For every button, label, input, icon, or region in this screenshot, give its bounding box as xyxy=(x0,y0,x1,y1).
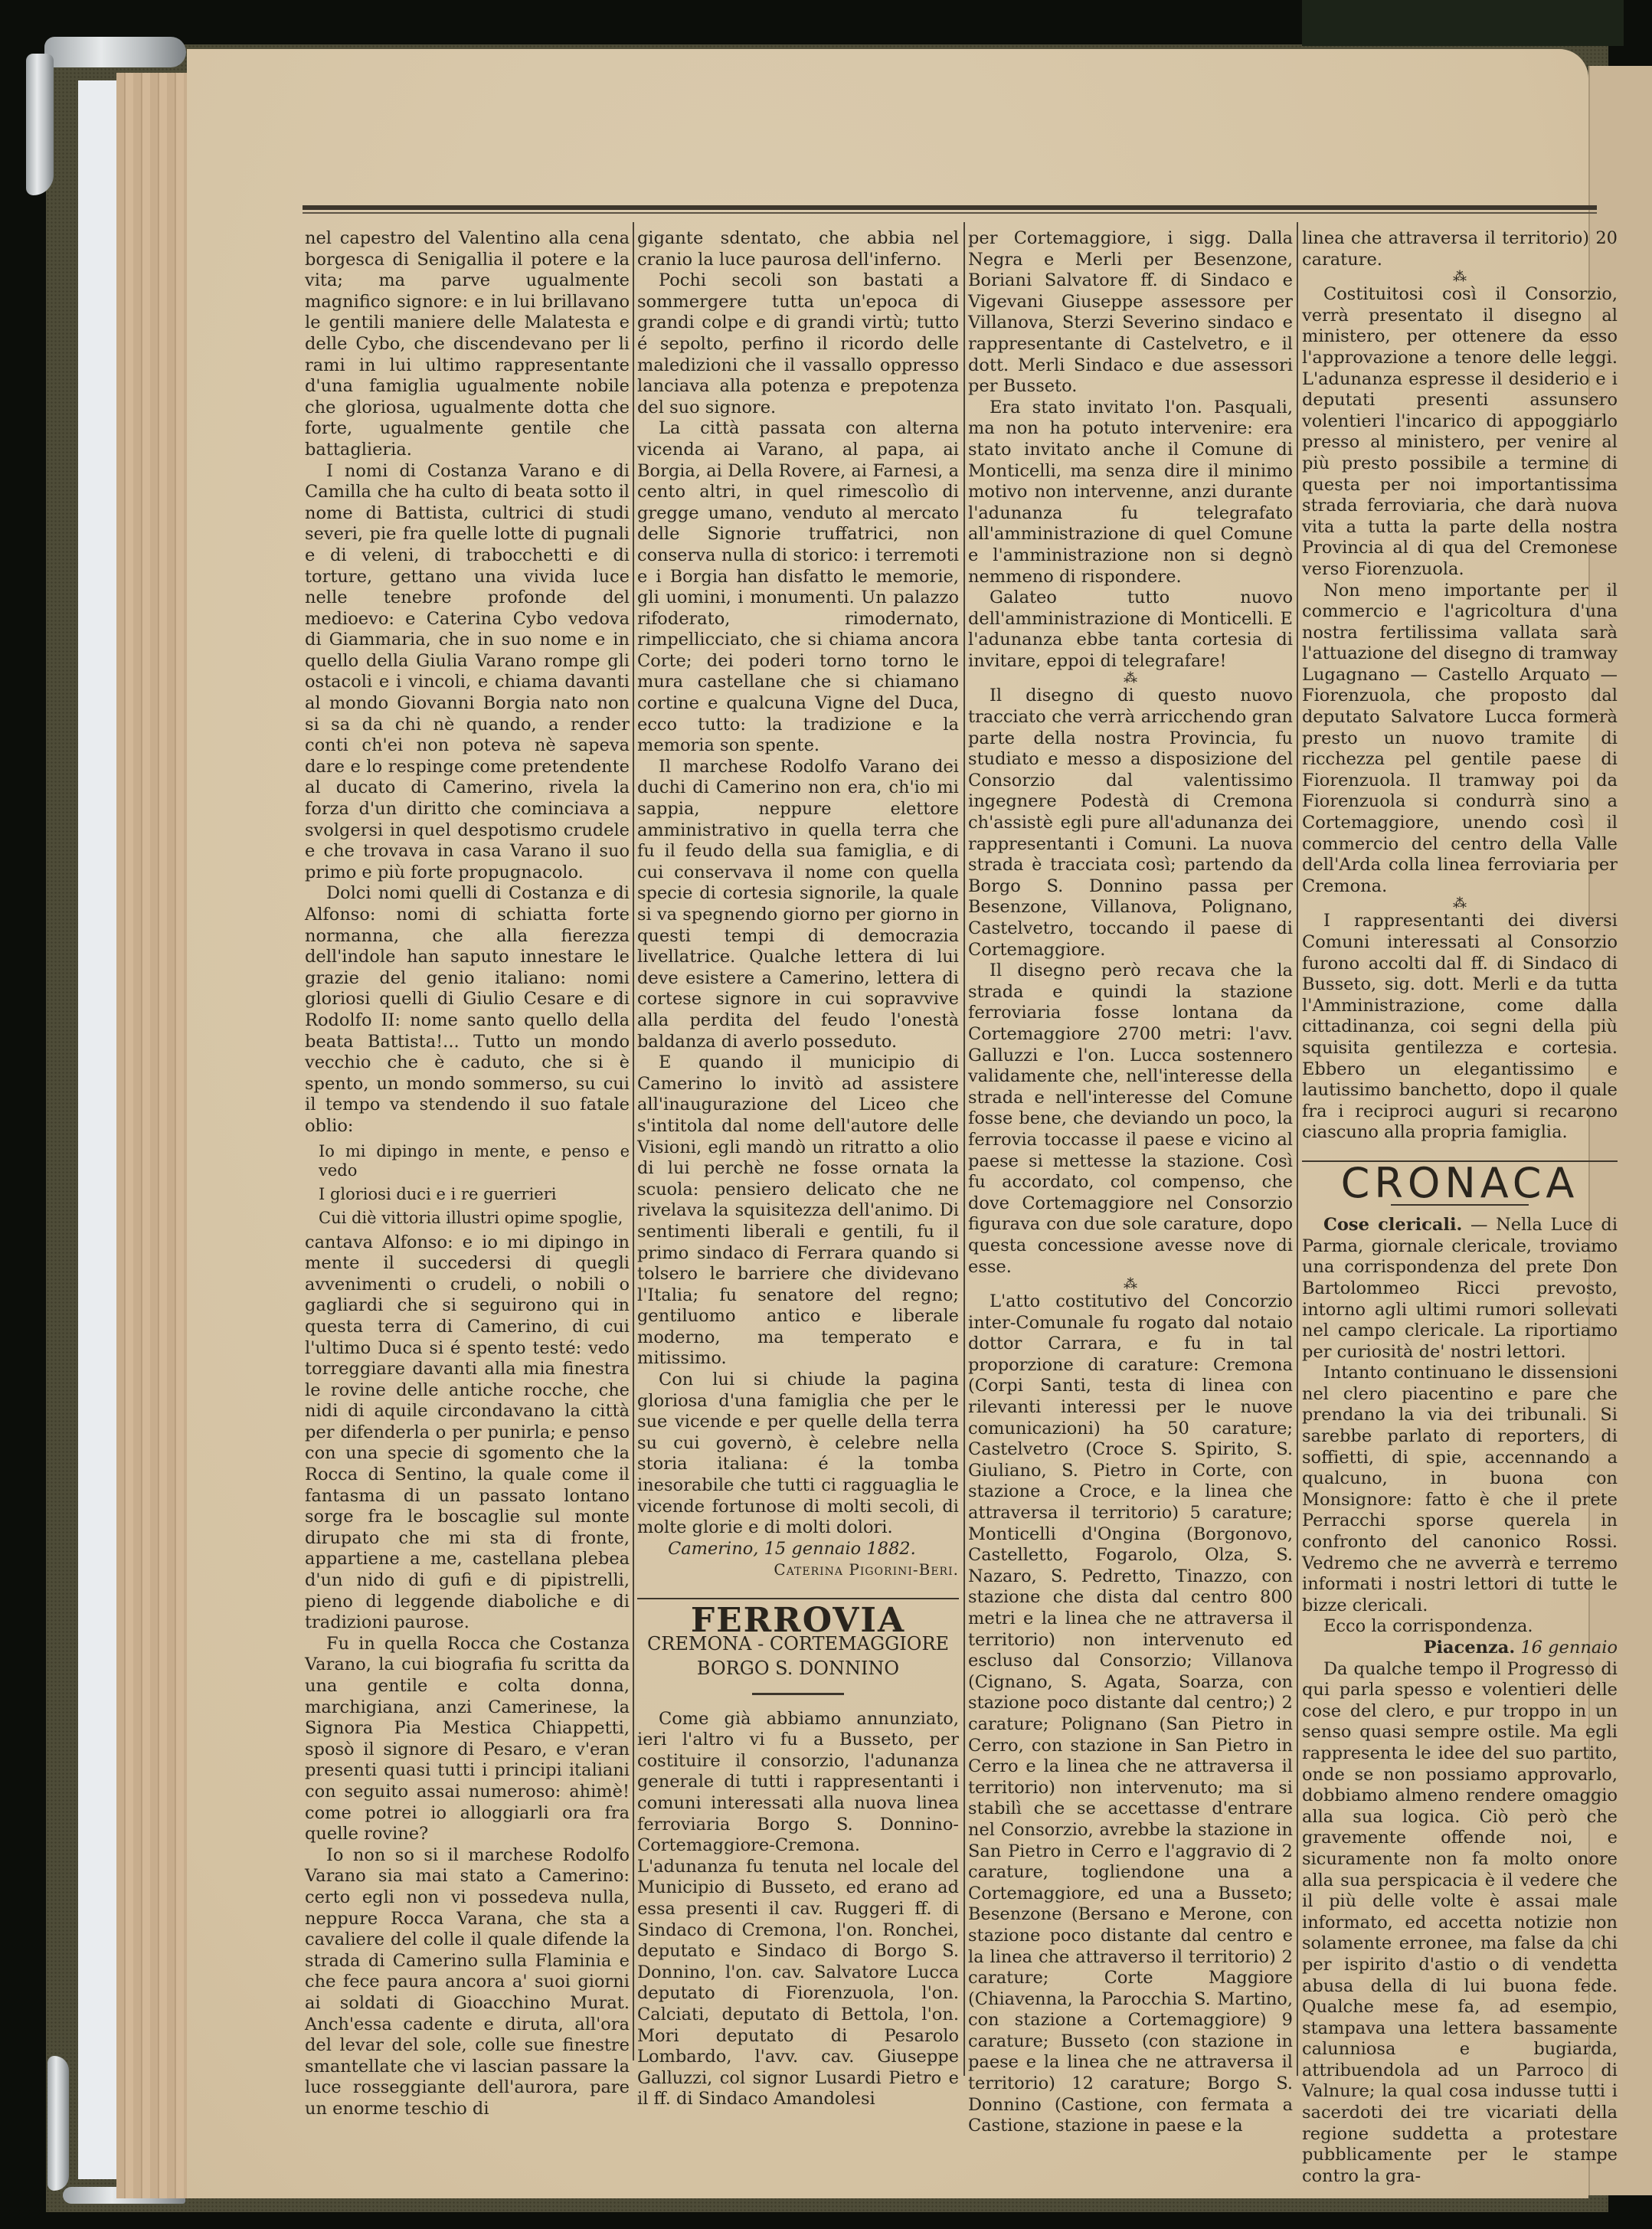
article-paragraph: Era stato invitato l'on. Pasquali, ma no… xyxy=(968,398,1293,588)
asterism-separator: ⁂ xyxy=(968,672,1293,686)
asterism-separator: ⁂ xyxy=(968,1278,1293,1291)
article-paragraph: cantava Alfonso: e io mi dipingo in ment… xyxy=(305,1232,630,1634)
endpaper-strip xyxy=(78,80,118,2179)
column-3: per Cortemaggiore, i sigg. Dalla Negra e… xyxy=(968,228,1293,2137)
article-paragraph: Dolci nomi quelli di Costanza e di Alfon… xyxy=(305,883,630,1137)
article-paragraph: I rappresentanti dei diversi Comuni inte… xyxy=(1302,911,1618,1144)
article-paragraph: Il marchese Rodolfo Varano dei duchi di … xyxy=(637,757,959,1052)
article-paragraph: Fu in quella Rocca che Costanza Varano, … xyxy=(305,1634,630,1845)
section-title-cronaca: CRONACA xyxy=(1302,1173,1618,1194)
metal-corner-protector xyxy=(44,37,186,67)
top-rule xyxy=(303,205,1597,210)
page-edges-stack xyxy=(116,73,190,2198)
article-paragraph: gigante sdentato, che abbia nel cranio l… xyxy=(637,228,959,270)
cronaca-item: Cose clericali. — Nella Luce di Parma, g… xyxy=(1302,1215,1618,1363)
asterism-separator: ⁂ xyxy=(1302,270,1618,284)
article-paragraph: per Cortemaggiore, i sigg. Dalla Negra e… xyxy=(968,228,1293,398)
section-subtitle: CREMONA - CORTEMAGGIORE xyxy=(637,1632,959,1656)
article-paragraph: Intanto continuano le dissensioni nel cl… xyxy=(1302,1363,1618,1616)
verse-line: Cui diè vittoria illustri opime spoglie, xyxy=(319,1209,630,1228)
article-paragraph: I nomi di Costanza Varano e di Camilla c… xyxy=(305,461,630,884)
article-dateline: Camerino, 15 gennaio 1882. xyxy=(637,1539,959,1560)
metal-corner-protector xyxy=(47,2056,69,2191)
article-paragraph: Io non so si il marchese Rodolfo Varano … xyxy=(305,1845,630,2120)
section-divider xyxy=(637,1598,959,1599)
metal-corner-protector xyxy=(26,54,54,195)
top-rule-thin xyxy=(303,212,1597,214)
article-paragraph: Con lui si chiude la pagina gloriosa d'u… xyxy=(637,1370,959,1539)
article-paragraph: Il disegno però recava che la strada e q… xyxy=(968,961,1293,1278)
column-divider xyxy=(963,222,965,2076)
article-paragraph: Come già abbiamo annunziato, ieri l'altr… xyxy=(637,1709,959,2110)
column-divider xyxy=(1297,222,1298,2076)
article-paragraph: Non meno importante per il commercio e l… xyxy=(1302,581,1618,898)
article-paragraph: Il disegno di questo nuovo tracciato che… xyxy=(968,686,1293,961)
verse-line: I gloriosi duci e i re guerrieri xyxy=(319,1185,630,1204)
verse-line: Io mi dipingo in mente, e penso e vedo xyxy=(319,1142,630,1180)
column-1: nel capestro del Valentino alla cena bor… xyxy=(305,228,630,2119)
article-paragraph: Ecco la corrispondenza. xyxy=(1302,1616,1618,1638)
article-signature: Caterina Pigorini-Beri. xyxy=(637,1560,959,1581)
correspondence-placeline: Piacenza. 16 gennaio xyxy=(1302,1638,1618,1659)
column-2: gigante sdentato, che abbia nel cranio l… xyxy=(637,228,959,2110)
asterism-separator: ⁂ xyxy=(1302,897,1618,911)
item-heading: Cose clericali. xyxy=(1323,1215,1462,1235)
article-paragraph: nel capestro del Valentino alla cena bor… xyxy=(305,228,630,461)
article-paragraph: La città passata con alterna vicenda ai … xyxy=(637,418,959,757)
short-divider xyxy=(752,1693,844,1695)
article-paragraph: Da qualche tempo il Progresso di qui par… xyxy=(1302,1659,1618,2188)
article-paragraph: L'atto costitutivo del Concorzio inter-C… xyxy=(968,1291,1293,2137)
article-paragraph: Pochi secoli son bastati a sommergere tu… xyxy=(637,270,959,418)
article-paragraph: linea che attraversa il territorio) 20 c… xyxy=(1302,228,1618,270)
article-paragraph: Galateo tutto nuovo dell'amministrazione… xyxy=(968,588,1293,672)
binding-shadow xyxy=(1302,0,1624,46)
section-title-ferrovia: FERROVIA xyxy=(637,1610,959,1632)
article-paragraph: E quando il municipio di Camerino lo inv… xyxy=(637,1052,959,1370)
section-subtitle: BORGO S. DONNINO xyxy=(637,1656,959,1681)
article-paragraph: Costituitosi così il Consorzio, verrà pr… xyxy=(1302,284,1618,580)
column-divider xyxy=(633,222,634,2060)
column-4: linea che attraversa il territorio) 20 c… xyxy=(1302,228,1618,2187)
